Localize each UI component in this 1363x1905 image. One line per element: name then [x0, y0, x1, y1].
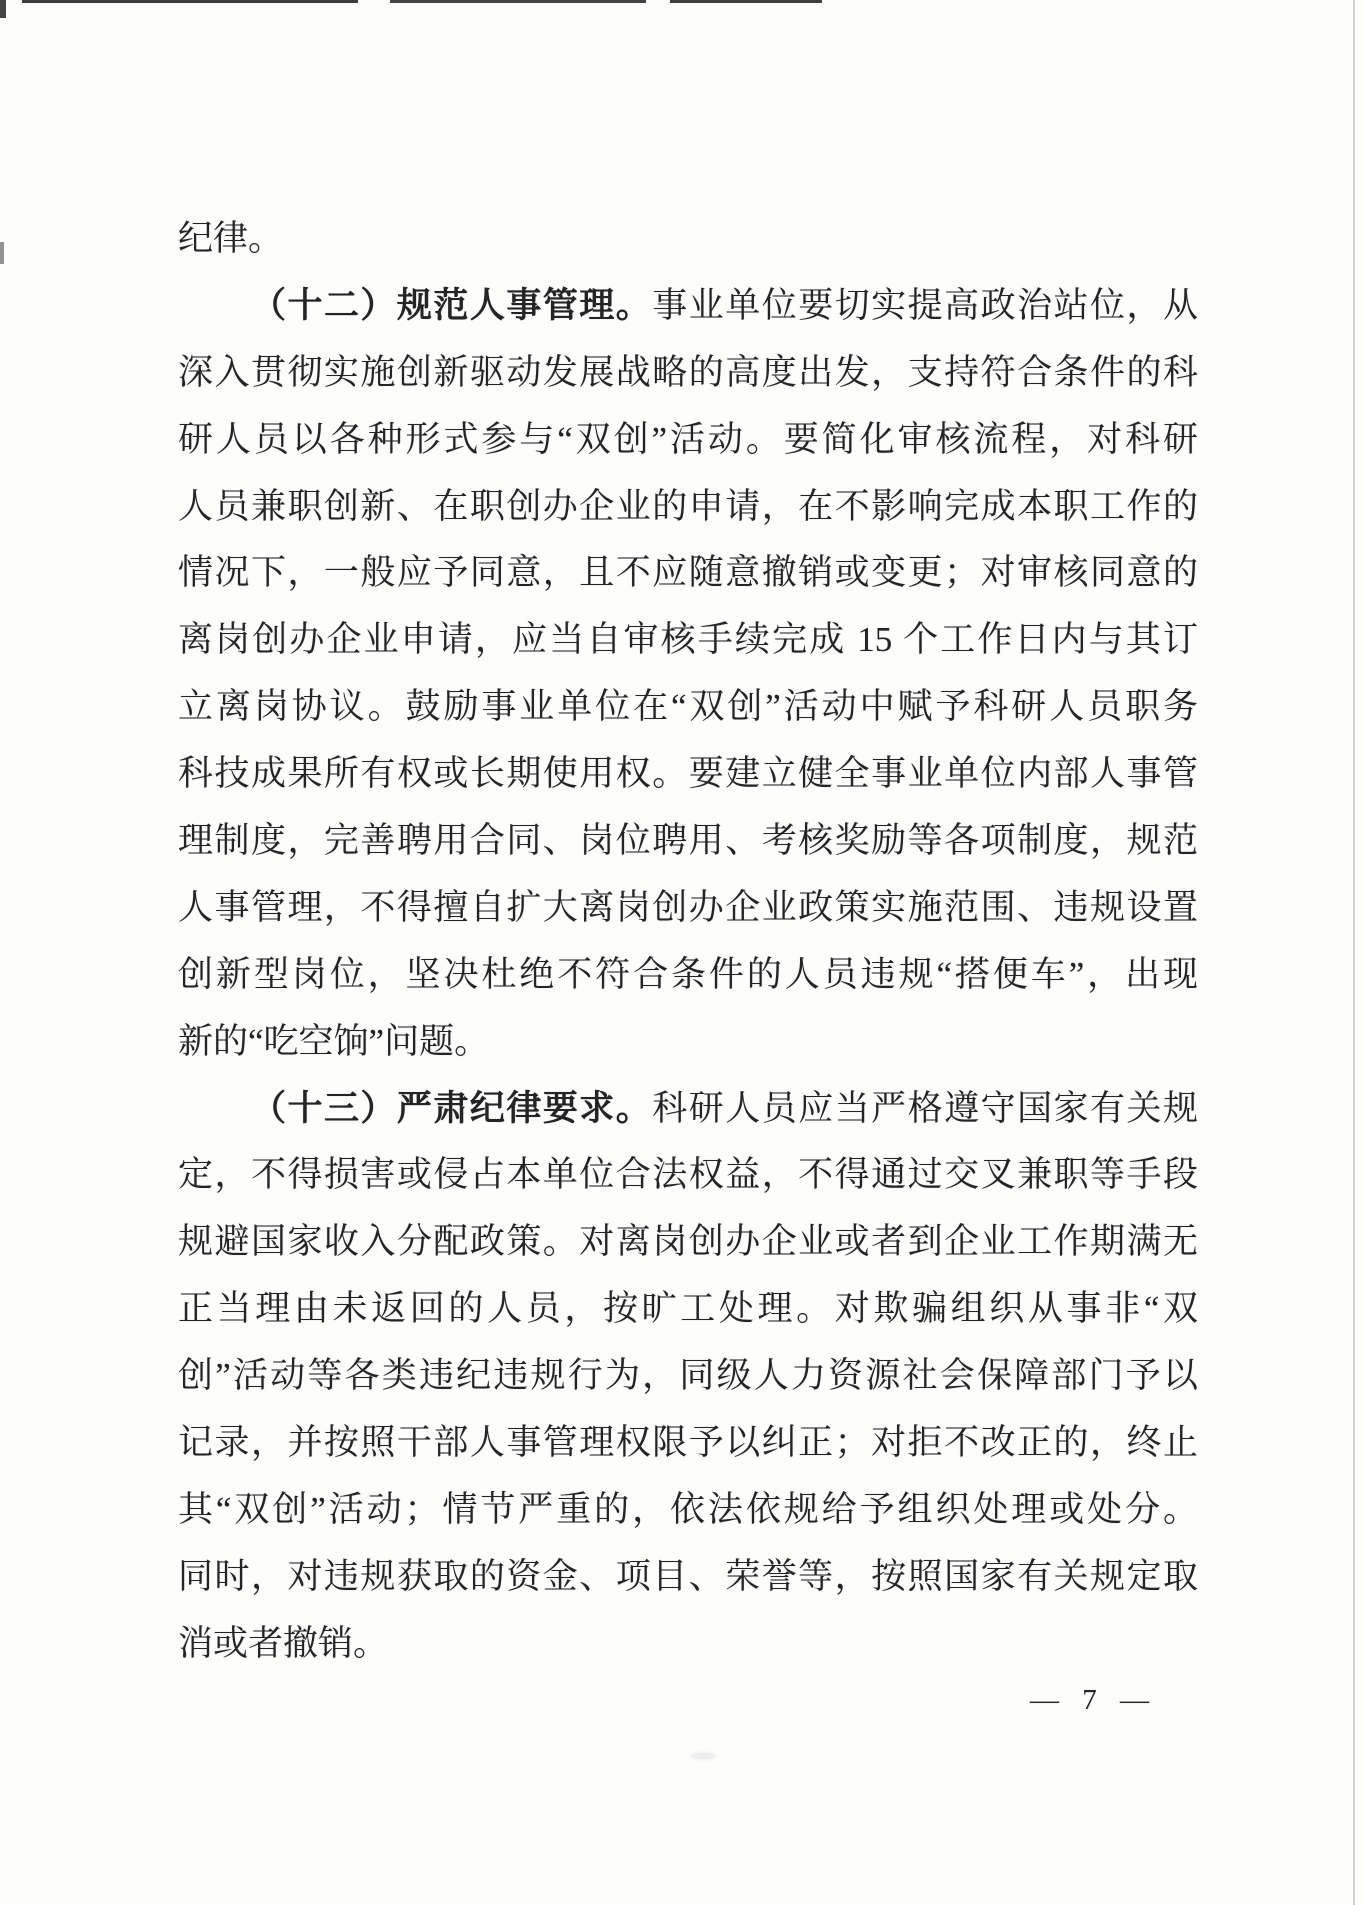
text-line: 同时，对违规获取的资金、项目、荣誉等，按照国家有关规定取	[178, 1544, 1198, 1611]
text-line: （十三）严肃纪律要求。科研人员应当严格遵守国家有关规	[178, 1076, 1198, 1143]
body-text: 规避国家收入分配政策。对离岗创办企业或者到企业工作期满无	[178, 1222, 1198, 1261]
body-text: 同时，对违规获取的资金、项目、荣誉等，按照国家有关规定取	[178, 1557, 1198, 1596]
scan-artifact-left-nub	[0, 0, 6, 18]
document-text-block: 纪律。 （十二）规范人事管理。事业单位要切实提高政治站位，从 深入贯彻实施创新驱…	[178, 206, 1198, 1678]
text-line: 情况下，一般应予同意，且不应随意撤销或变更；对审核同意的	[178, 540, 1198, 607]
body-text: 情况下，一般应予同意，且不应随意撤销或变更；对审核同意的	[178, 553, 1198, 592]
scan-artifact-left-tick	[0, 242, 4, 264]
section-heading-text: （十三）严肃纪律要求。	[251, 1089, 652, 1128]
body-text: 事业单位要切实提高政治站位，从	[652, 286, 1198, 325]
text-line: 人事管理，不得擅自扩大离岗创办企业政策实施范围、违规设置	[178, 875, 1198, 942]
scan-artifact-top-edge	[22, 0, 822, 3]
text-line: 科技成果所有权或长期使用权。要建立健全事业单位内部人事管	[178, 741, 1198, 808]
scan-artifact-smudge	[690, 1752, 716, 1760]
text-line: 研人员以各种形式参与“双创”活动。要简化审核流程，对科研	[178, 407, 1198, 474]
body-text: 新的“吃空饷”问题。	[178, 1022, 489, 1061]
body-text: 理制度，完善聘用合同、岗位聘用、考核奖励等各项制度，规范	[178, 821, 1198, 860]
text-line: 立离岗协议。鼓励事业单位在“双创”活动中赋予科研人员职务	[178, 674, 1198, 741]
body-text: 纪律。	[178, 219, 283, 258]
body-text: 立离岗协议。鼓励事业单位在“双创”活动中赋予科研人员职务	[178, 687, 1198, 726]
body-text: 其“双创”活动；情节严重的，依法依规给予组织处理或处分。	[178, 1490, 1198, 1529]
body-text: 创新型岗位，坚决杜绝不符合条件的人员违规“搭便车”，出现	[178, 955, 1198, 994]
body-text: 深入贯彻实施创新驱动发展战略的高度出发，支持符合条件的科	[178, 353, 1198, 392]
text-line: 创”活动等各类违纪违规行为，同级人力资源社会保障部门予以	[178, 1343, 1198, 1410]
body-text: 人事管理，不得擅自扩大离岗创办企业政策实施范围、违规设置	[178, 888, 1198, 927]
body-text: 研人员以各种形式参与“双创”活动。要简化审核流程，对科研	[178, 420, 1198, 459]
text-line: 纪律。	[178, 206, 1198, 273]
text-line: 消或者撤销。	[178, 1611, 1198, 1678]
body-text: 人员兼职创新、在职创办企业的申请，在不影响完成本职工作的	[178, 487, 1198, 526]
text-line: 创新型岗位，坚决杜绝不符合条件的人员违规“搭便车”，出现	[178, 942, 1198, 1009]
body-text: 创”活动等各类违纪违规行为，同级人力资源社会保障部门予以	[178, 1356, 1198, 1395]
body-text: 正当理由未返回的人员，按旷工处理。对欺骗组织从事非“双	[178, 1289, 1198, 1328]
body-text: 科研人员应当严格遵守国家有关规	[652, 1089, 1198, 1128]
text-line: 离岗创办企业申请，应当自审核手续完成 15 个工作日内与其订	[178, 607, 1198, 674]
text-line: 理制度，完善聘用合同、岗位聘用、考核奖励等各项制度，规范	[178, 808, 1198, 875]
section-heading-text: （十二）规范人事管理。	[251, 286, 652, 325]
text-line: 其“双创”活动；情节严重的，依法依规给予组织处理或处分。	[178, 1477, 1198, 1544]
scanned-document-page: 纪律。 （十二）规范人事管理。事业单位要切实提高政治站位，从 深入贯彻实施创新驱…	[0, 0, 1363, 1905]
text-line: 记录，并按照干部人事管理权限予以纠正；对拒不改正的，终止	[178, 1410, 1198, 1477]
body-text: 记录，并按照干部人事管理权限予以纠正；对拒不改正的，终止	[178, 1423, 1198, 1462]
scan-artifact-right-edge-line	[1353, 0, 1355, 1905]
body-text: 科技成果所有权或长期使用权。要建立健全事业单位内部人事管	[178, 754, 1198, 793]
body-text: 离岗创办企业申请，应当自审核手续完成 15 个工作日内与其订	[178, 620, 1198, 659]
text-line: 正当理由未返回的人员，按旷工处理。对欺骗组织从事非“双	[178, 1276, 1198, 1343]
text-line: 新的“吃空饷”问题。	[178, 1009, 1198, 1076]
text-line: 规避国家收入分配政策。对离岗创办企业或者到企业工作期满无	[178, 1209, 1198, 1276]
text-line: （十二）规范人事管理。事业单位要切实提高政治站位，从	[178, 273, 1198, 340]
text-line: 定，不得损害或侵占本单位合法权益，不得通过交叉兼职等手段	[178, 1142, 1198, 1209]
body-text: 消或者撤销。	[178, 1624, 388, 1663]
page-number: — 7 —	[1030, 1682, 1157, 1718]
body-text: 定，不得损害或侵占本单位合法权益，不得通过交叉兼职等手段	[178, 1155, 1198, 1194]
text-line: 人员兼职创新、在职创办企业的申请，在不影响完成本职工作的	[178, 474, 1198, 541]
text-line: 深入贯彻实施创新驱动发展战略的高度出发，支持符合条件的科	[178, 340, 1198, 407]
